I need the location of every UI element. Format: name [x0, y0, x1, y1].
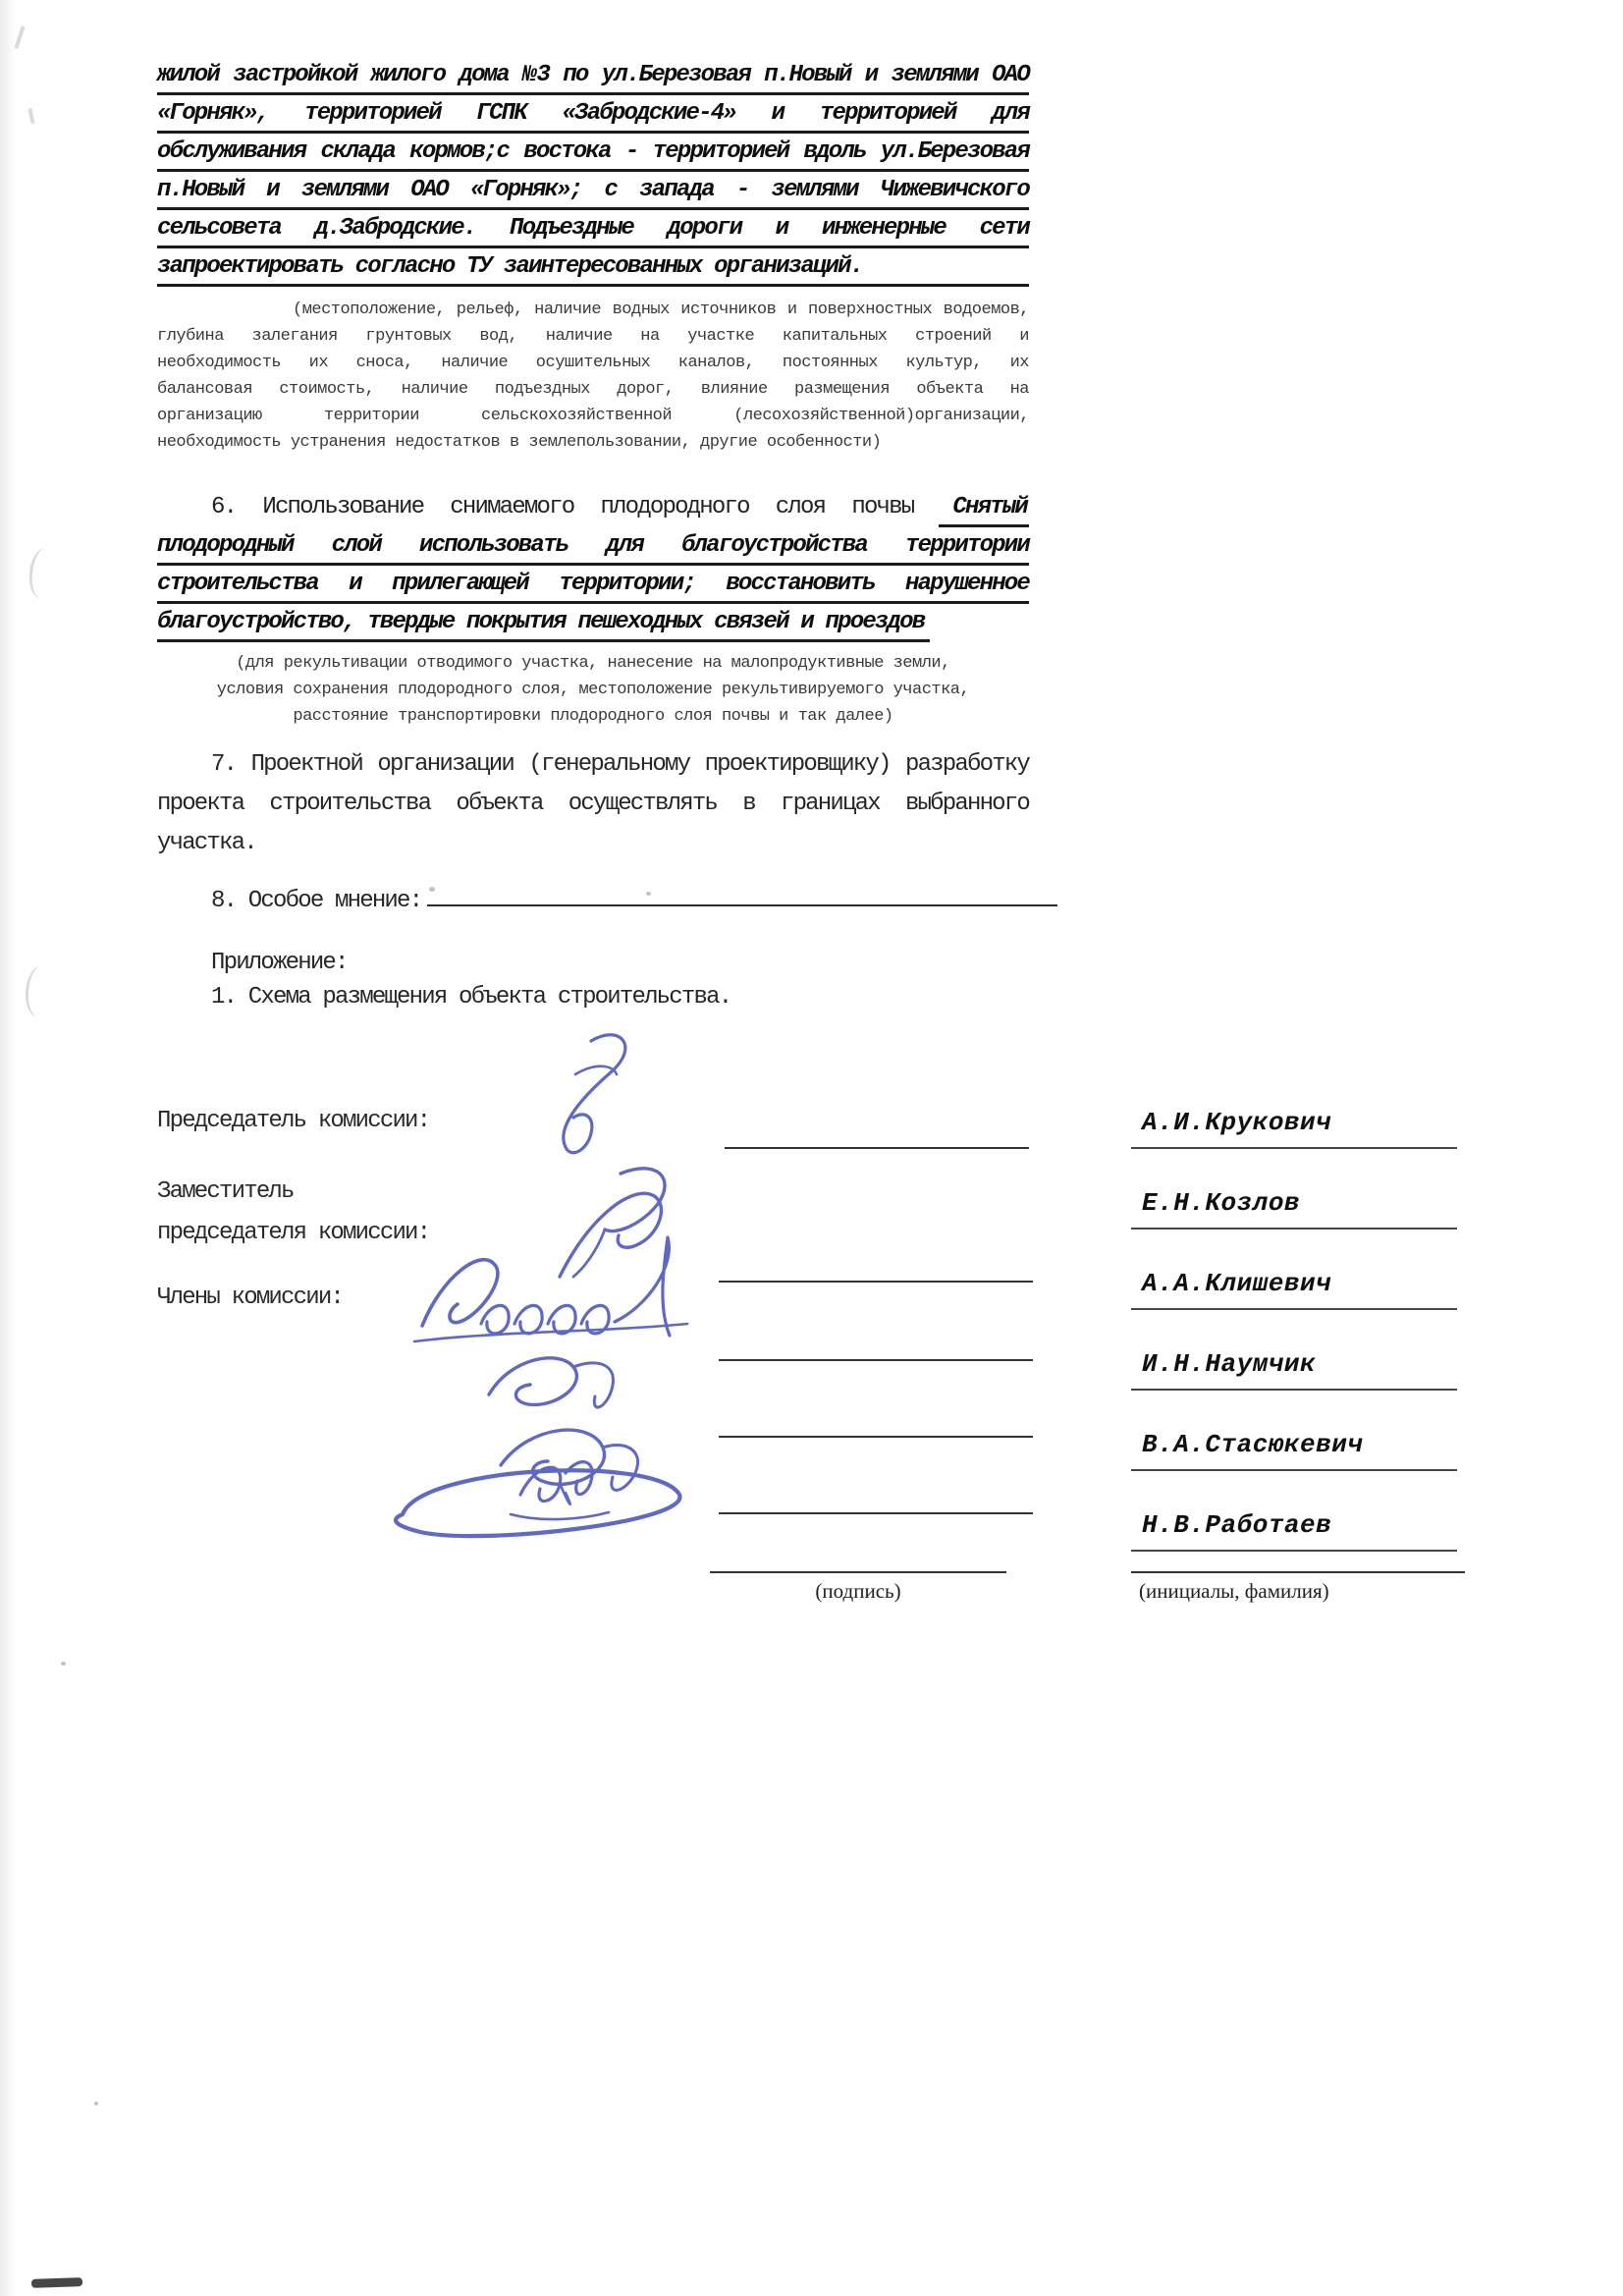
attachment-title: Приложение: — [157, 950, 1029, 976]
signature-line — [719, 1436, 1033, 1438]
caption-rule-signature — [710, 1571, 1006, 1573]
explanatory-note-location: (местоположение, рельеф, наличие водных … — [157, 297, 1029, 456]
name-underline — [1131, 1147, 1457, 1149]
scan-artifact — [94, 2102, 98, 2105]
member-name: А.И.Крукович — [1142, 1108, 1331, 1137]
members-label: Члены комиссии: — [157, 1285, 343, 1311]
signature-line — [725, 1147, 1029, 1149]
scan-artifact — [27, 108, 34, 124]
body-line: 7. Проектной организации (генеральному п… — [157, 745, 1029, 785]
document-body: жилой застройкой жилого дома №3 по ул.Бе… — [157, 0, 1029, 1011]
name-underline — [1131, 1469, 1457, 1471]
member-name: В.А.Стасюкевич — [1142, 1430, 1363, 1459]
fill-line: благоустройство, твердые покрытия пешехо… — [157, 604, 930, 642]
note-line: (местоположение, рельеф, наличие водных … — [157, 297, 1029, 323]
item-6-soil-use: 6. Использование снимаемого плодородного… — [157, 489, 1029, 642]
scanned-document-page: жилой застройкой жилого дома №3 по ул.Бе… — [0, 0, 1623, 2296]
signature-deputy — [560, 1169, 665, 1277]
name-underline — [1131, 1550, 1457, 1552]
opinion-blank-line — [427, 881, 1057, 906]
signature-member-4 — [396, 1462, 679, 1536]
caption-initials: (инициалы, фамилия) — [1139, 1579, 1329, 1604]
deputy-label-line1: Заместитель — [157, 1178, 294, 1205]
fill-line: строительства и прилегающей территории; … — [157, 566, 1029, 604]
item-6-filled-word: Снятый — [939, 489, 1029, 527]
scan-edge-shadow — [0, 0, 16, 2296]
scan-artifact — [61, 1662, 66, 1666]
handwritten-signatures — [363, 1011, 736, 1561]
signature-chairman — [564, 1035, 625, 1153]
item-8-label: 8. Особое мнение: — [211, 888, 421, 914]
note-line: условия сохранения плодородного слоя, ме… — [157, 677, 1029, 703]
note-line: необходимость устранения недостатков в з… — [157, 429, 1029, 456]
body-line: участка. — [157, 824, 1029, 863]
member-name: И.Н.Наумчик — [1142, 1349, 1316, 1379]
signature-line — [719, 1359, 1033, 1361]
item-6-printed-text: 6. Использование снимаемого плодородного… — [157, 489, 939, 527]
fill-line: жилой застройкой жилого дома №3 по ул.Бе… — [157, 57, 1029, 95]
fill-line: п.Новый и землями ОАО «Горняк»; с запада… — [157, 172, 1029, 210]
item-8-special-opinion: 8. Особое мнение: — [157, 881, 1057, 914]
note-line: (для рекультивации отводимого участка, н… — [157, 650, 1029, 677]
member-name: Н.В.Работаев — [1142, 1510, 1331, 1540]
site-boundaries-filled-text: жилой застройкой жилого дома №3 по ул.Бе… — [157, 57, 1029, 287]
attachment-item-1: 1. Схема размещения объекта строительств… — [157, 984, 1029, 1011]
explanatory-note-recultivation: (для рекультивации отводимого участка, н… — [157, 650, 1029, 730]
signature-line — [719, 1281, 1033, 1283]
note-line: расстояние транспортировки плодородного … — [157, 703, 1029, 730]
caption-signature: (подпись) — [710, 1579, 1006, 1604]
item-7-design-org: 7. Проектной организации (генеральному п… — [157, 745, 1029, 863]
name-underline — [1131, 1308, 1457, 1310]
member-name: Е.Н.Козлов — [1142, 1188, 1300, 1218]
signature-line — [719, 1512, 1033, 1514]
note-line: балансовая стоимость, наличие подъездных… — [157, 376, 1029, 403]
scan-artifact — [24, 965, 56, 1018]
fill-line: запроектировать согласно ТУ заинтересова… — [157, 248, 1029, 287]
scan-artifact — [27, 547, 60, 601]
fill-line: плодородный слой использовать для благоу… — [157, 527, 1029, 566]
signature-member-1 — [414, 1237, 687, 1341]
member-name: А.А.Клишевич — [1142, 1269, 1331, 1298]
note-line: глубина залегания грунтовых вод, наличие… — [157, 323, 1029, 350]
body-line: проекта строительства объекта осуществля… — [157, 785, 1029, 824]
note-line: организацию территории сельскохозяйствен… — [157, 403, 1029, 429]
fill-line: «Горняк», территорией ГСПК «Забродские-4… — [157, 95, 1029, 134]
scan-artifact — [14, 26, 25, 49]
fill-line: обслуживания склада кормов;с востока - т… — [157, 134, 1029, 172]
name-underline — [1131, 1389, 1457, 1391]
note-line: необходимость их сноса, наличие осушител… — [157, 350, 1029, 376]
scan-artifact — [31, 2277, 82, 2288]
name-underline — [1131, 1228, 1457, 1230]
caption-rule-initials — [1131, 1571, 1465, 1573]
item-6-first-line: 6. Использование снимаемого плодородного… — [157, 489, 1029, 527]
fill-line: сельсовета д.Забродские. Подъездные доро… — [157, 210, 1029, 248]
signature-member-2 — [489, 1358, 613, 1407]
